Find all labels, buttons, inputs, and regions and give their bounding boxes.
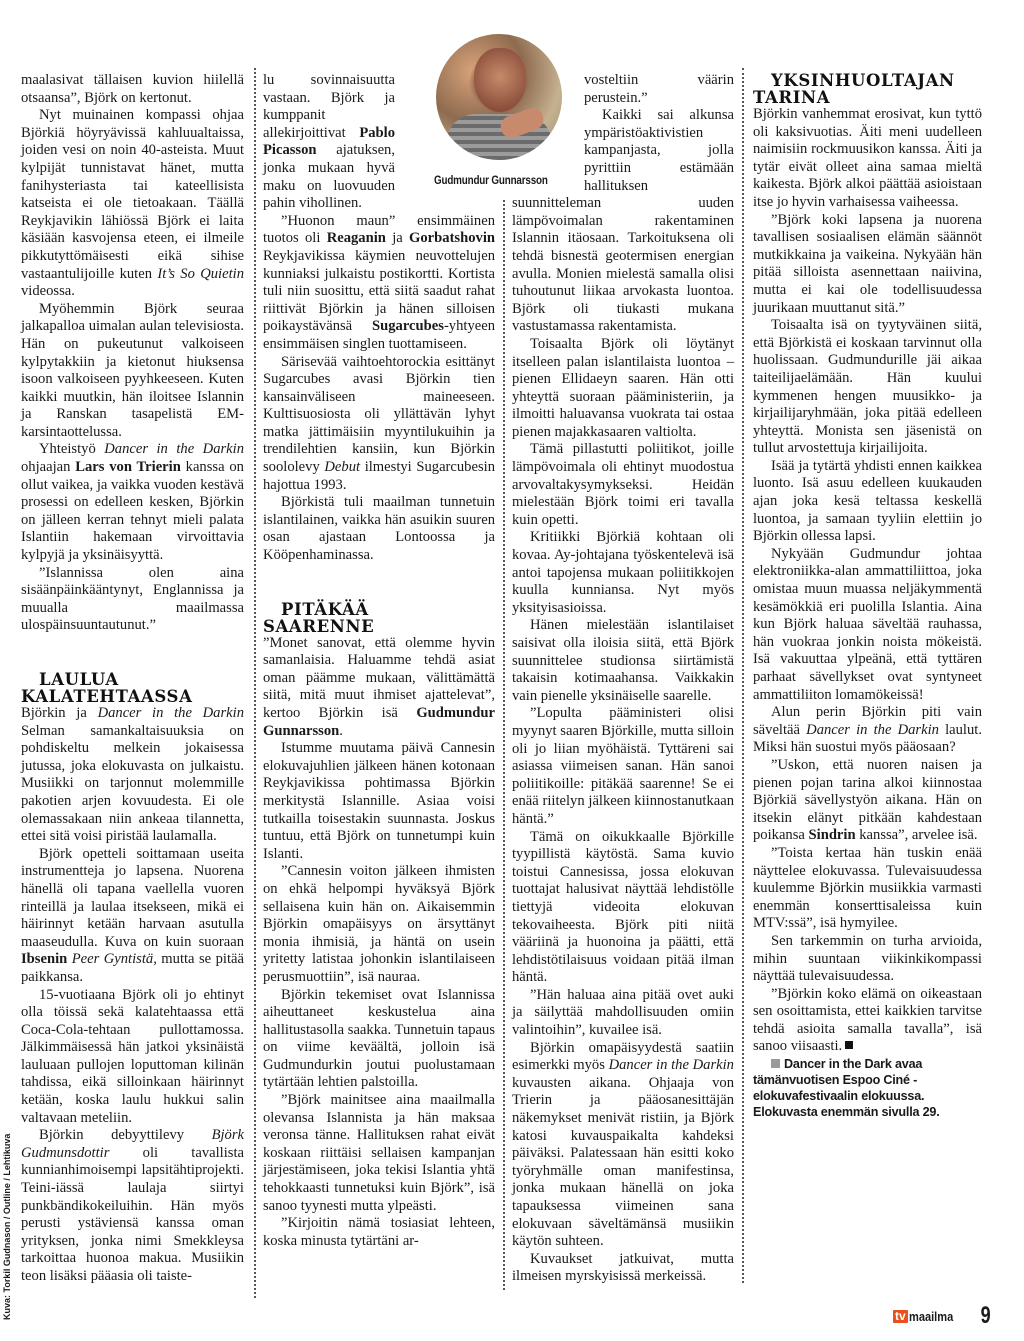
grey-square-bullet-icon bbox=[771, 1059, 780, 1068]
column-divider-3 bbox=[742, 68, 744, 1283]
paragraph: ”Monet sanovat, että olemme hyvin samanl… bbox=[263, 635, 495, 741]
paragraph: Björkistä tuli maailman tunnetuin islant… bbox=[263, 494, 495, 564]
paragraph: ”Huonon maun” ensimmäinen tuotos oli Rea… bbox=[263, 213, 495, 354]
paragraph: Björkin vanhemmat erosivat, kun tyttö ol… bbox=[753, 106, 982, 212]
paragraph: maalasivat tällaisen kuvion hiilellä ots… bbox=[21, 72, 244, 107]
paragraph: Björk opetteli soittamaan useita instrum… bbox=[21, 846, 244, 987]
paragraph: Kuvaukset jatkuivat, mutta ilmeisen myrs… bbox=[512, 1251, 734, 1286]
paragraph: Kritiikki Björkiä kohtaan oli kovaa. Ay-… bbox=[512, 529, 734, 617]
paragraph: Istumme muutama päivä Cannesin elokuvaju… bbox=[263, 740, 495, 863]
info-box: Dancer in the Dark avaa tämänvuotisen Es… bbox=[753, 1056, 982, 1120]
column-divider-1 bbox=[254, 68, 256, 1298]
paragraph: Björkin omapäisyydestä saatiin esimerkki… bbox=[512, 1040, 734, 1251]
paragraph: Björkin debyyttilevy Björk Gudmunsdottir… bbox=[21, 1127, 244, 1285]
paragraph: ”Cannesin voiton jälkeen ihmisten on ehk… bbox=[263, 863, 495, 986]
paragraph: Yhteistyö Dancer in the Darkin ohjaajan … bbox=[21, 441, 244, 564]
paragraph: Nyt muinainen kompassi ohjaa Björkiä höy… bbox=[21, 107, 244, 301]
page-footer: tv maailma 9 bbox=[893, 1302, 992, 1330]
paragraph: Hänen mielestään islantilaiset saisivat … bbox=[512, 617, 734, 705]
article-column-1: maalasivat tällaisen kuvion hiilellä ots… bbox=[21, 72, 244, 1286]
paragraph: Björkin tekemiset ovat Islannissa aiheut… bbox=[263, 987, 495, 1093]
paragraph: Tämä pillastutti poliitikot, joille lämp… bbox=[512, 441, 734, 529]
paragraph: ”Björk mainitsee aina maailmalla olevans… bbox=[263, 1092, 495, 1215]
photo-wrap-space bbox=[512, 72, 584, 194]
paragraph: ”Lopulta pääministeri olisi myynyt saare… bbox=[512, 705, 734, 828]
article-column-4: YKSINHUOLTAJANTARINA Björkin vanhemmat e… bbox=[753, 72, 982, 1120]
article-column-2: lu sovinnaisuutta vastaan. Björk ja kump… bbox=[263, 72, 495, 1250]
subheading-pitakaa-saarenne: PITÄKÄÄSAARENNE bbox=[263, 601, 495, 635]
paragraph: ”Hän haluaa aina pitää ovet auki ja säil… bbox=[512, 987, 734, 1040]
paragraph: Toisaalta Björk oli löytänyt itselleen p… bbox=[512, 336, 734, 442]
end-of-article-icon bbox=[845, 1041, 853, 1049]
photo-wrap-space bbox=[395, 72, 495, 186]
paragraph: ”Islannissa olen aina sisäänpäinkääntyny… bbox=[21, 565, 244, 635]
photo-credit: Kuva: Torkil Gudnason / Outline / Lehtik… bbox=[2, 1134, 12, 1320]
tv-logo-icon: tv bbox=[893, 1310, 908, 1323]
paragraph: Särisevää vaihtoehtorockia esittänyt Sug… bbox=[263, 354, 495, 495]
paragraph: 15-vuotiaana Björk oli jo ehtinyt olla t… bbox=[21, 987, 244, 1128]
paragraph: ”Kirjoitin nämä tosiasiat lehteen, koska… bbox=[263, 1215, 495, 1250]
paragraph: Myöhemmin Björk seuraa jalkapalloa uimal… bbox=[21, 301, 244, 442]
paragraph: ”Uskon, että nuoren naisen ja pienen poj… bbox=[753, 757, 982, 845]
paragraph: ”Björk koki lapsena ja nuorena tavallise… bbox=[753, 212, 982, 318]
magazine-name: maailma bbox=[909, 1309, 953, 1324]
paragraph: Sen tarkemmin on turha arvioida, mihin s… bbox=[753, 933, 982, 986]
paragraph: ”Björkin koko elämä on oikeastaan sen os… bbox=[753, 986, 982, 1056]
paragraph: Björkin ja Dancer in the Darkin Selman s… bbox=[21, 705, 244, 846]
subheading-yksinhuoltajan-tarina: YKSINHUOLTAJANTARINA bbox=[753, 72, 982, 106]
paragraph: ”Toista kertaa hän tuskin enää näyttelee… bbox=[753, 845, 982, 933]
paragraph: Alun perin Björkin piti vain säveltää Da… bbox=[753, 704, 982, 757]
subheading-laulua-kalatehtaassa: LAULUAKALATEHTAASSA bbox=[21, 671, 244, 705]
paragraph: Isää ja tytärtä yhdisti ennen kaikkea lu… bbox=[753, 458, 982, 546]
page-number: 9 bbox=[980, 1302, 990, 1330]
paragraph: Nykyään Gudmundur johtaa elektroniikka-a… bbox=[753, 546, 982, 704]
column-divider-2 bbox=[503, 200, 505, 1290]
paragraph: Tämä on oikukkaalle Björkille tyypillist… bbox=[512, 829, 734, 987]
article-column-3: vosteltiin väärin perustein.” Kaikki sai… bbox=[512, 72, 734, 1286]
paragraph: Toisaalta isä on tyytyväinen siitä, että… bbox=[753, 317, 982, 458]
